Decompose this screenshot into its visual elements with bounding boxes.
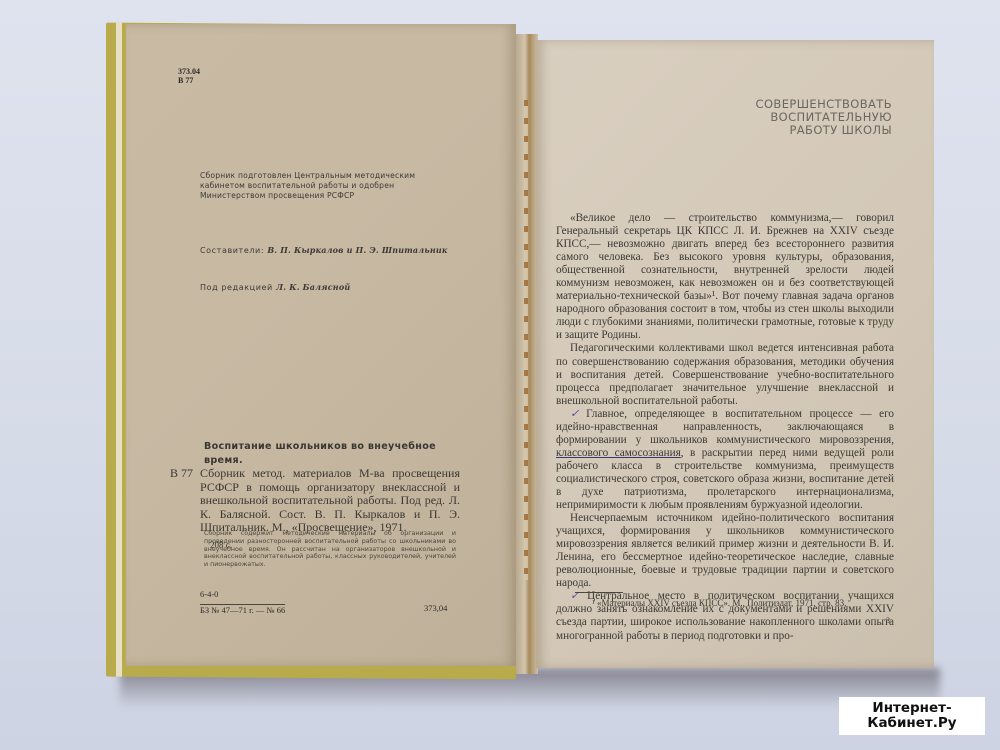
catalog-code: В 77	[170, 467, 200, 535]
footnote: ¹ «Материалы XXIV съезда КПСС». М., Поли…	[592, 598, 912, 608]
udc-code: 373,04	[424, 604, 447, 613]
editor-label: Под редакцией	[200, 283, 273, 292]
editor-name: Л. К. Балясной	[276, 282, 350, 292]
check-mark-icon: ✓	[570, 408, 584, 420]
catalog-description: Сборник метод. материалов М-ва просвещен…	[200, 467, 460, 535]
heading-line-3: РАБОТУ ШКОЛЫ	[686, 124, 892, 137]
catalog-annotation: Сборник содержит методические материалы …	[204, 530, 456, 569]
editor-line: Под редакцией Л. К. Балясной	[200, 282, 490, 292]
paragraph-3: ✓Главное, определяющее в воспитательном …	[556, 408, 894, 512]
classification-code-block: 373.04 В 77	[178, 67, 200, 85]
watermark-logo: Интернет- Кабинет.Ру	[839, 697, 985, 735]
print-code: 6-4-0	[200, 590, 218, 599]
chapter-heading: СОВЕРШЕНСТВОВАТЬ ВОСПИТАТЕЛЬНУЮ РАБОТУ Ш…	[686, 98, 892, 137]
body-text: «Великое дело — строительство коммунизма…	[556, 212, 894, 643]
paragraph-2: Педагогическими коллективами школ ведетс…	[556, 342, 894, 407]
underlined-phrase: классового самосознания	[556, 447, 681, 459]
catalog-title: Воспитание школьников во внеучебное врем…	[170, 440, 460, 467]
publisher-plan: БЗ № 47—71 г. — № 66	[200, 604, 285, 615]
footnote-rule	[575, 592, 623, 593]
paragraph-1: «Великое дело — строительство коммунизма…	[556, 212, 894, 342]
prepared-note: Сборник подготовлен Центральным методиче…	[200, 171, 456, 201]
compilers-label: Составители:	[200, 246, 264, 255]
page-number: 3	[886, 616, 890, 625]
compilers-line: Составители: В. П. Кыркалов и П. Э. Шпит…	[200, 245, 490, 255]
paragraph-4: Неисчерпаемым источником идейно-политиче…	[556, 512, 894, 590]
compilers-names: В. П. Кыркалов и П. Э. Шпитальник	[267, 245, 447, 255]
binding-thread	[524, 100, 528, 580]
classification-code: 373.04	[178, 67, 200, 76]
book-code: В 77	[178, 76, 200, 85]
watermark-line-1: Интернет-	[872, 701, 951, 716]
left-page: 373.04 В 77 Сборник подготовлен Централь…	[126, 24, 516, 666]
right-page: СОВЕРШЕНСТВОВАТЬ ВОСПИТАТЕЛЬНУЮ РАБОТУ Ш…	[536, 40, 934, 668]
watermark-line-2: Кабинет.Ру	[867, 716, 956, 731]
